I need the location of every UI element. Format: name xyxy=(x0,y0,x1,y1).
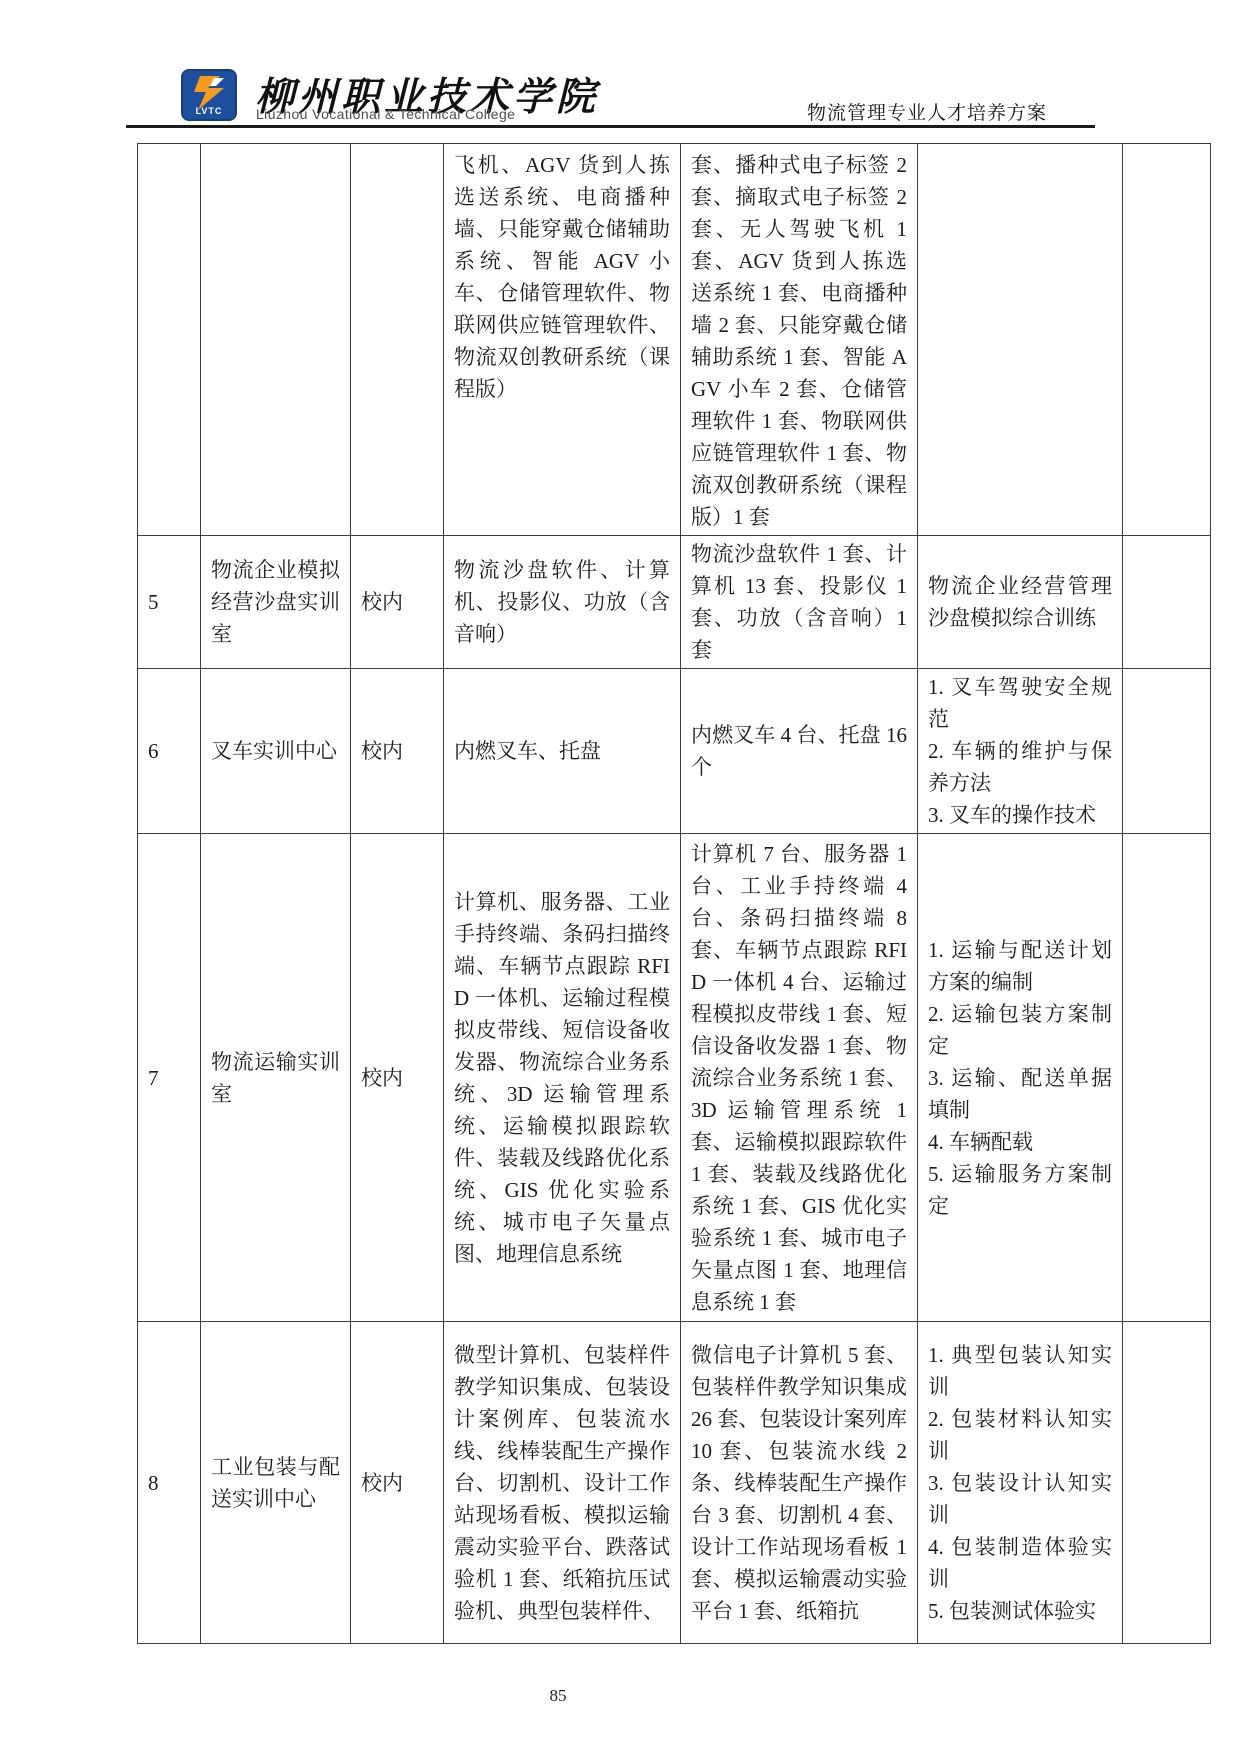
college-logo: LVTC xyxy=(181,69,237,121)
cell-equipment: 计算机、服务器、工业手持终端、条码扫描终端、车辆节点跟踪 RFID 一体机、运输… xyxy=(444,834,681,1322)
cell-number: 8 xyxy=(138,1322,201,1644)
cell-number: 5 xyxy=(138,536,201,669)
cell-note xyxy=(1123,834,1211,1322)
cell-quantity: 计算机 7 台、服务器 1 台、工业手持终端 4 台、条码扫描终端 8 套、车辆… xyxy=(681,834,918,1322)
cell-content: 1. 典型包装认知实训 2. 包装材料认知实训 3. 包装设计认知实训 4. 包… xyxy=(918,1322,1123,1644)
cell-quantity: 内燃叉车 4 台、托盘 16 个 xyxy=(681,669,918,834)
cell-name: 物流企业模拟经营沙盘实训室 xyxy=(201,536,351,669)
cell-location: 校内 xyxy=(351,536,444,669)
cell-location xyxy=(351,144,444,536)
cell-quantity: 物流沙盘软件 1 套、计算机 13 套、投影仪 1 套、功放（含音响）1 套 xyxy=(681,536,918,669)
document-title: 物流管理专业人才培养方案 xyxy=(807,98,1047,125)
cell-content xyxy=(918,144,1123,536)
cell-equipment: 内燃叉车、托盘 xyxy=(444,669,681,834)
cell-name: 物流运输实训室 xyxy=(201,834,351,1322)
cell-location: 校内 xyxy=(351,1322,444,1644)
cell-note xyxy=(1123,1322,1211,1644)
cell-content: 1. 叉车驾驶安全规范 2. 车辆的维护与保养方法 3. 叉车的操作技术 xyxy=(918,669,1123,834)
page-number: 85 xyxy=(528,1686,588,1706)
cell-number: 7 xyxy=(138,834,201,1322)
training-facility-table: 飞机、AGV 货到人拣选送系统、电商播种墙、只能穿戴仓储辅助系统、智能 AGV … xyxy=(137,143,1211,1644)
cell-name: 叉车实训中心 xyxy=(201,669,351,834)
cell-equipment: 飞机、AGV 货到人拣选送系统、电商播种墙、只能穿戴仓储辅助系统、智能 AGV … xyxy=(444,144,681,536)
cell-name xyxy=(201,144,351,536)
table-row: 5 物流企业模拟经营沙盘实训室 校内 物流沙盘软件、计算机、投影仪、功放（含音响… xyxy=(138,536,1211,669)
cell-note xyxy=(1123,536,1211,669)
cell-note xyxy=(1123,669,1211,834)
cell-equipment: 微型计算机、包装样件教学知识集成、包装设计案例库、包装流水线、线棒装配生产操作台… xyxy=(444,1322,681,1644)
cell-number: 6 xyxy=(138,669,201,834)
header-rule xyxy=(126,125,1095,128)
cell-note xyxy=(1123,144,1211,536)
college-name-en: Liuzhou Vocational & Technical College xyxy=(256,106,515,122)
cell-name: 工业包装与配送实训中心 xyxy=(201,1322,351,1644)
table-row: 7 物流运输实训室 校内 计算机、服务器、工业手持终端、条码扫描终端、车辆节点跟… xyxy=(138,834,1211,1322)
cell-location: 校内 xyxy=(351,834,444,1322)
cell-location: 校内 xyxy=(351,669,444,834)
cell-quantity: 微信电子计算机 5 套、包装样件教学知识集成 26 套、包装设计案列库 10 套… xyxy=(681,1322,918,1644)
cell-number xyxy=(138,144,201,536)
cell-quantity: 套、播种式电子标签 2 套、摘取式电子标签 2 套、无人驾驶飞机 1 套、AGV… xyxy=(681,144,918,536)
table-row: 飞机、AGV 货到人拣选送系统、电商播种墙、只能穿戴仓储辅助系统、智能 AGV … xyxy=(138,144,1211,536)
document-page: LVTC 柳州职业技术学院 Liuzhou Vocational & Techn… xyxy=(0,0,1240,1754)
logo-abbr-label: LVTC xyxy=(196,106,223,116)
table-row: 6 叉车实训中心 校内 内燃叉车、托盘 内燃叉车 4 台、托盘 16 个 1. … xyxy=(138,669,1211,834)
cell-equipment: 物流沙盘软件、计算机、投影仪、功放（含音响） xyxy=(444,536,681,669)
table-row: 8 工业包装与配送实训中心 校内 微型计算机、包装样件教学知识集成、包装设计案例… xyxy=(138,1322,1211,1644)
cell-content: 物流企业经营管理沙盘模拟综合训练 xyxy=(918,536,1123,669)
cell-content: 1. 运输与配送计划方案的编制 2. 运输包装方案制定 3. 运输、配送单据填制… xyxy=(918,834,1123,1322)
